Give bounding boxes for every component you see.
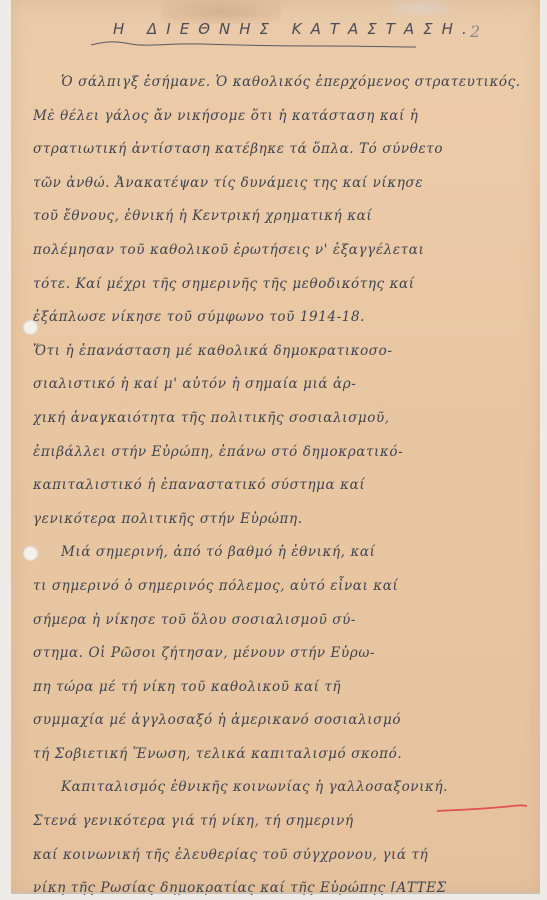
- text-line: πολέμησαν τοῦ καθολικοῦ ἐρωτήσεις ν' ἐξα…: [33, 234, 543, 268]
- text-line: τῶν ἀνθώ. Ἀνακατέψαν τίς δυνάμεις της κα…: [33, 167, 543, 201]
- text-line: τοῦ ἔθνους, ἐθνική ἡ Κεντρική χρηματική …: [33, 200, 543, 234]
- paper-bottom-edge: [11, 892, 540, 894]
- text-line: ἐξάπλωσε νίκησε τοῦ σύμφωνο τοῦ 1914-18.: [33, 301, 543, 335]
- text-line: Ὅτι ἡ ἐπανάσταση μέ καθολικά δημοκρατικο…: [33, 335, 543, 369]
- text-line: Μιά σημερινή, ἀπό τό βαθμό ἡ ἐθνική, καί: [33, 536, 543, 570]
- red-pencil-underline: [437, 803, 527, 813]
- text-line: ἐπιβάλλει στήν Εὐρώπη, ἐπάνω στό δημοκρα…: [33, 436, 543, 470]
- page-number: 2: [470, 22, 480, 41]
- manuscript-page: Η ΔΙΕΘΝΗΣ ΚΑΤΑΣΤΑΣΗ. 2 Ὁ σάλπιγξ ἐσήμανε…: [11, 0, 540, 893]
- text-line: πη τώρα μέ τή νίκη τοῦ καθολικοῦ καί τῆ: [33, 671, 543, 705]
- text-line: συμμαχία μέ ἀγγλοσαξό ἡ ἀμερικανό σοσιαλ…: [33, 704, 543, 738]
- title-wavy-underline: [91, 40, 416, 48]
- text-line: νίκη τῆς Ρωσίας δημοκρατίας καί τῆς Εὐρώ…: [33, 872, 543, 900]
- scanned-document: Η ΔΙΕΘΝΗΣ ΚΑΤΑΣΤΑΣΗ. 2 Ὁ σάλπιγξ ἐσήμανε…: [0, 0, 547, 900]
- text-line: Καπιταλισμός ἐθνικῆς κοινωνίας ἡ γαλλοσα…: [33, 771, 543, 805]
- text-line: τότε. Καί μέχρι τῆς σημερινῆς τῆς μεθοδι…: [33, 268, 543, 302]
- text-line: καί κοινωνική τῆς ἐλευθερίας τοῦ σύγχρον…: [33, 839, 543, 873]
- text-line: σήμερα ἡ νίκησε τοῦ ὅλου σοσιαλισμοῦ σύ-: [33, 604, 543, 638]
- text-line: Μὲ θέλει γάλος ἄν νικήσομε ὅτι ἡ κατάστα…: [33, 100, 543, 134]
- handwritten-text-body: Ὁ σάλπιγξ ἐσήμανε. Ὁ καθολικός ἐπερχόμεν…: [33, 66, 543, 900]
- page-title: Η ΔΙΕΘΝΗΣ ΚΑΤΑΣΤΑΣΗ.: [113, 20, 431, 38]
- text-line: καπιταλιστικό ἡ ἐπαναστατικό σύστημα καί: [33, 469, 543, 503]
- text-line: τι σημερινό ὁ σημερινός πόλεμος, αὐτό εἶ…: [33, 570, 543, 604]
- text-line: γενικότερα πολιτικῆς στήν Εὐρώπη.: [33, 503, 543, 537]
- text-line: χική ἀναγκαιότητα τῆς πολιτικῆς σοσιαλισ…: [33, 402, 543, 436]
- text-line: στρατιωτική ἀντίσταση κατέβηκε τά ὅπλα. …: [33, 133, 543, 167]
- text-line: Ὁ σάλπιγξ ἐσήμανε. Ὁ καθολικός ἐπερχόμεν…: [33, 66, 543, 100]
- text-line: τή Σοβιετική Ἕνωση, τελικά καπιταλισμό σ…: [33, 738, 543, 772]
- text-line: σιαλιστικό ἡ καί μ' αὐτόν ἡ σημαία μιά ἀ…: [33, 368, 543, 402]
- title-block: Η ΔΙΕΘΝΗΣ ΚΑΤΑΣΤΑΣΗ.: [91, 20, 431, 48]
- text-line: στημα. Οἱ Ρῶσοι ζήτησαν, μένουν στήν Εὐρ…: [33, 637, 543, 671]
